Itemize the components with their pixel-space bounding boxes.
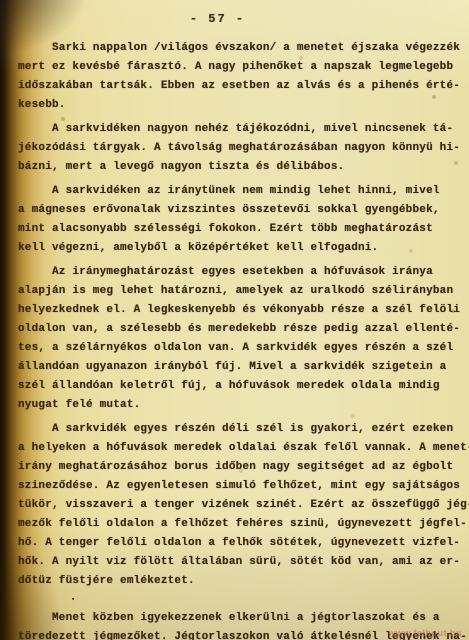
page-number: - 57 -: [18, 10, 417, 29]
scan-speck: [0, 0, 2, 2]
paragraph: Sarki nappalon /világos évszakon/ a mene…: [18, 39, 461, 115]
watermark: www.felhout.hu: [388, 628, 462, 638]
scanned-page: - 57 - Sarki nappalon /világos évszakon/…: [0, 0, 469, 640]
paragraph: Az iránymeghatározást egyes esetekben a …: [18, 263, 461, 415]
paragraph: A sarkvidék egyes részén déli szél is gy…: [18, 420, 461, 591]
page-body: Sarki nappalon /világos évszakon/ a mene…: [18, 39, 461, 640]
paragraph: A sarkvidéken az iránytünek nem mindig l…: [18, 182, 461, 258]
separator-dot: ▪: [71, 596, 461, 605]
paragraph: A sarkvidéken nagyon nehéz tájékozódni, …: [18, 120, 461, 177]
